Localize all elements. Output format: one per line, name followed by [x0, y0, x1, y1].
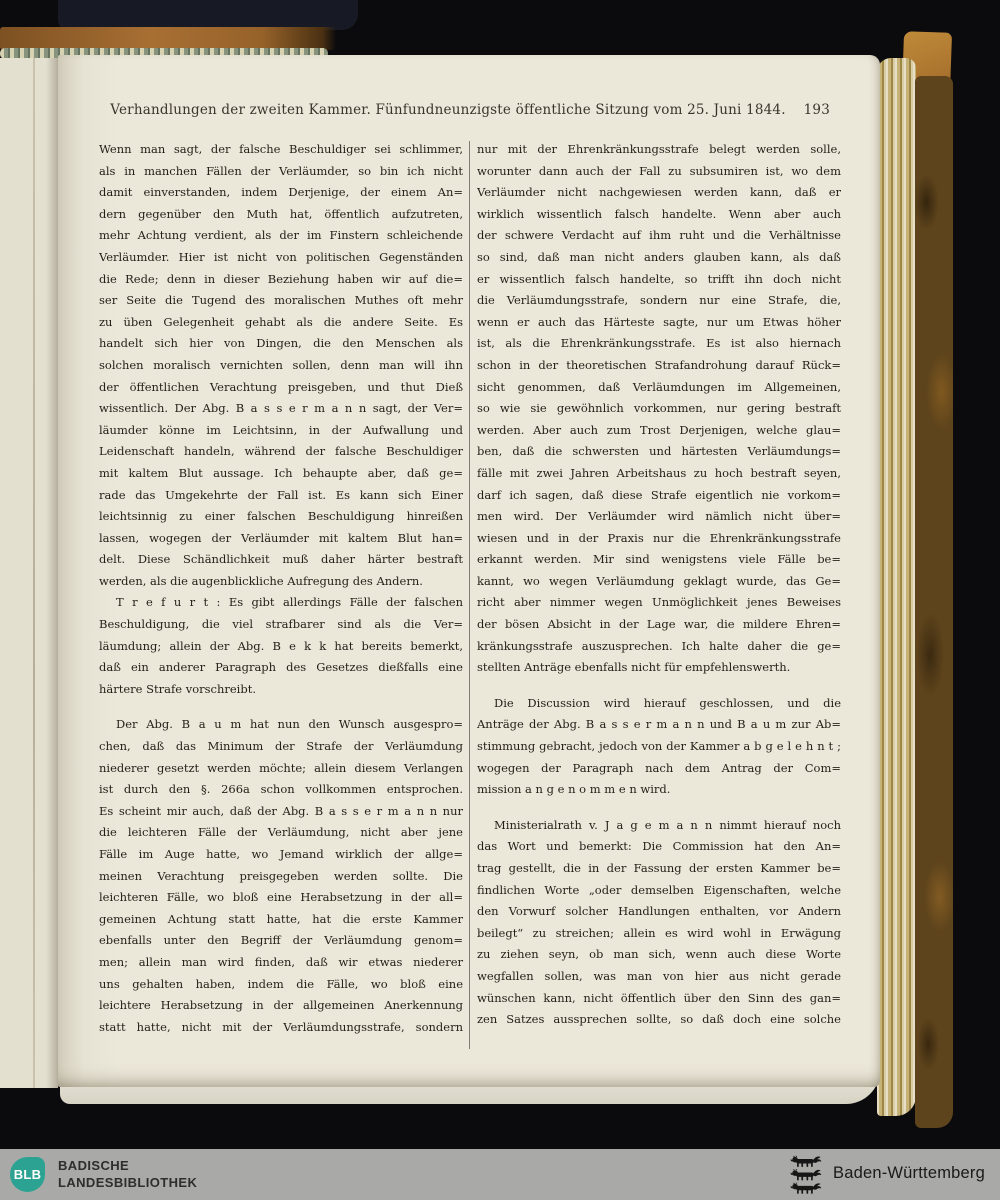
- digitized-book-viewer: Verhandlungen der zweiten Kammer. Fünfun…: [0, 0, 1000, 1200]
- text-line: schon in der theoretischen Strafandrohun…: [477, 355, 841, 377]
- text-line: delt. Diese Schändlichkeit muß daher här…: [99, 549, 463, 571]
- text-line: stimmung gebracht, jedoch von der Kammer…: [477, 736, 841, 758]
- column-divider-rule: [469, 141, 470, 1049]
- paragraph: T r e f u r t : Es gibt allerdings Fälle…: [99, 592, 463, 700]
- text-line: der bösen Absicht in der Lage war, die m…: [477, 614, 841, 636]
- text-line: damit einverstanden, indem Derjenige, de…: [99, 182, 463, 204]
- scanned-page: Verhandlungen der zweiten Kammer. Fünfun…: [58, 55, 880, 1087]
- text-line: niederer gesetzt werden möchte; allein d…: [99, 758, 463, 780]
- text-line: zen Satzes aussprechen sollte, so daß do…: [477, 1009, 841, 1031]
- text-line: erkannt werden. Mir sind wenigstens viel…: [477, 549, 841, 571]
- text-line: Verläumder. Hier ist nicht von politisch…: [99, 247, 463, 269]
- text-line: ist, als die Ehrenkränkungsstrafe. Es is…: [477, 333, 841, 355]
- text-line: das Wort und bemerkt: Die Commission hat…: [477, 836, 841, 858]
- text-line: handelt sich hier von Dingen, die den Me…: [99, 333, 463, 355]
- paragraph: Die Discussion wird hierauf geschlossen,…: [477, 693, 841, 801]
- text-line: stellten Anträge ebenfalls nicht für emp…: [477, 657, 841, 679]
- text-line: wiesen und in der Praxis nur die Ehrenkr…: [477, 528, 841, 550]
- text-line: wirklich wissentlich falsch handelte. We…: [477, 204, 841, 226]
- text-line: chen, daß das Minimum der Strafe der Ver…: [99, 736, 463, 758]
- text-line: uns gehalten haben, indem die Fälle, wo …: [99, 974, 463, 996]
- text-line: so wie sie gewöhnlich vorkommen, nur ger…: [477, 398, 841, 420]
- text-line: die Verläumdungsstrafe, sondern nur eine…: [477, 290, 841, 312]
- text-line: wenn er auch das Härteste sagte, nur um …: [477, 312, 841, 334]
- text-line: leichtsinnig zu einer falschen Beschuldi…: [99, 506, 463, 528]
- book-top-leather-edge: [0, 27, 336, 50]
- text-line: wogegen der Paragraph nach dem Antrag de…: [477, 758, 841, 780]
- text-line: beilegt“ zu streichen; allein es wird wo…: [477, 923, 841, 945]
- text-line: fälle mit zwei Jahren Arbeitshaus zu hoc…: [477, 463, 841, 485]
- region-name: Baden-Württemberg: [833, 1164, 985, 1183]
- text-line: ben, daß die schwersten und härtesten Ve…: [477, 441, 841, 463]
- text-column-right: nur mit der Ehrenkränkungsstrafe belegt …: [477, 139, 841, 1031]
- text-line: men; allein man wird finden, daß wir etw…: [99, 952, 463, 974]
- text-line: werden. Aber auch zum Trost Derjenigen, …: [477, 420, 841, 442]
- text-line: gemeinen Achtung statt hatte, hat die er…: [99, 909, 463, 931]
- book-marbled-cover-edge: [915, 76, 953, 1128]
- text-line: der öffentlichen Verachtung preisgeben, …: [99, 377, 463, 399]
- paragraph: Der Abg. B a u m hat nun den Wunsch ausg…: [99, 714, 463, 1038]
- text-line: T r e f u r t : Es gibt allerdings Fälle…: [99, 592, 463, 614]
- text-line: darf ich sagen, daß diese Strafe eigentl…: [477, 485, 841, 507]
- text-line: die Rede; denn in dieser Beziehung haben…: [99, 269, 463, 291]
- text-line: Es scheint mir auch, daß der Abg. B a s …: [99, 801, 463, 823]
- text-line: Der Abg. B a u m hat nun den Wunsch ausg…: [99, 714, 463, 736]
- page-number: 193: [804, 102, 830, 118]
- text-line: Verläumder nicht nachgewiesen werden kan…: [477, 182, 841, 204]
- text-line: den Vorwurf solcher Handlungen enthalten…: [477, 901, 841, 923]
- text-line: läumder könne im Leichtsinn, in der Aufw…: [99, 420, 463, 442]
- text-line: men wird. Der Verläumder wird nämlich ni…: [477, 506, 841, 528]
- text-line: trag gestellt, die in der Fassung der er…: [477, 858, 841, 880]
- text-line: Beschuldigung, die viel strafbarer sind …: [99, 614, 463, 636]
- text-line: zu üben Gelegenheit gehabt als die ander…: [99, 312, 463, 334]
- paragraph: Ministerialrath v. J a g e m a n n nimmt…: [477, 815, 841, 1031]
- library-name-line2: LANDESBIBLIOTHEK: [58, 1174, 197, 1191]
- text-line: als in manchen Fällen der Verläumder, so…: [99, 161, 463, 183]
- text-line: rade das Umgekehrte der Fall ist. Es kan…: [99, 485, 463, 507]
- text-line: ist durch den §. 266a schon vollkommen e…: [99, 779, 463, 801]
- text-line: leichteren Fälle, wo bloß eine Herabsetz…: [99, 887, 463, 909]
- blb-logo-icon: BLB: [10, 1157, 45, 1192]
- text-line: Fälle im Auge hatte, wo Jemand wirklich …: [99, 844, 463, 866]
- text-line: dern gegenüber den Muth hat, öffentlich …: [99, 204, 463, 226]
- library-name: BADISCHE LANDESBIBLIOTHEK: [58, 1157, 197, 1191]
- text-line: worunter dann auch der Fall zu subsumire…: [477, 161, 841, 183]
- text-line: läumdung; allein der Abg. B e k k hat be…: [99, 636, 463, 658]
- library-name-line1: BADISCHE: [58, 1157, 197, 1174]
- text-line: solchen moralisch vernichten sollen, den…: [99, 355, 463, 377]
- text-columns: Wenn man sagt, der falsche Beschuldiger …: [99, 139, 841, 1079]
- blb-logo-text: BLB: [14, 1167, 42, 1182]
- text-line: kannt, wo wegen Verläumdung geklagt wurd…: [477, 571, 841, 593]
- text-line: härtere Strafe vorschreibt.: [99, 679, 463, 701]
- library-footer-bar: BLB BADISCHE LANDESBIBLIOTHEK: [0, 1149, 1000, 1200]
- text-line: Anträge der Abg. B a s s e r m a n n und…: [477, 714, 841, 736]
- text-line: lassen, wogegen der Verläumder mit kalte…: [99, 528, 463, 550]
- text-line: er wissentlich falsch handelte, so triff…: [477, 269, 841, 291]
- text-line: wissentlich. Der Abg. B a s s e r m a n …: [99, 398, 463, 420]
- text-line: findlichen Worte „oder demselben Eigensc…: [477, 880, 841, 902]
- book-fore-edge-pages: [877, 58, 916, 1116]
- text-line: mit kaltem Blut aussage. Ich behaupte ab…: [99, 463, 463, 485]
- text-line: die leichteren Fälle der Verläumdung, ni…: [99, 822, 463, 844]
- running-header-title: Verhandlungen der zweiten Kammer. Fünfun…: [100, 102, 796, 118]
- running-header: Verhandlungen der zweiten Kammer. Fünfun…: [100, 102, 840, 122]
- text-line: Wenn man sagt, der falsche Beschuldiger …: [99, 139, 463, 161]
- text-line: Ministerialrath v. J a g e m a n n nimmt…: [477, 815, 841, 837]
- text-line: statt hatte, nicht mit der Verläumdungss…: [99, 1017, 463, 1039]
- paragraph: Wenn man sagt, der falsche Beschuldiger …: [99, 139, 463, 592]
- text-line: Die Discussion wird hierauf geschlossen,…: [477, 693, 841, 715]
- facing-page-gutter: [0, 58, 58, 1088]
- text-line: meinen Verachtung preisgegeben werden so…: [99, 866, 463, 888]
- book-spine-cloth: [58, 0, 358, 30]
- text-line: mission a n g e n o m m e n wird.: [477, 779, 841, 801]
- text-line: sicht genommen, daß Verläumdungen im All…: [477, 377, 841, 399]
- text-line: nur mit der Ehrenkränkungsstrafe belegt …: [477, 139, 841, 161]
- text-line: ebenfalls unter den Begriff der Verläumd…: [99, 930, 463, 952]
- text-line: der schwere Verdacht auf ihm ruht und di…: [477, 225, 841, 247]
- text-line: leichtere Herabsetzung in der allgemeine…: [99, 995, 463, 1017]
- text-line: werden, als die augenblickliche Aufregun…: [99, 571, 463, 593]
- text-line: so sind, daß man nicht anders glauben ka…: [477, 247, 841, 269]
- paragraph: nur mit der Ehrenkränkungsstrafe belegt …: [477, 139, 841, 679]
- text-line: ser Seite die Tugend des moralischen Mut…: [99, 290, 463, 312]
- text-line: mehr Achtung verdient, als der im Finste…: [99, 225, 463, 247]
- text-line: richt aber nimmer wegen Unmöglichkeit je…: [477, 592, 841, 614]
- text-line: kränkungsstrafe auszusprechen. Ich halte…: [477, 636, 841, 658]
- baden-wuerttemberg-coat-of-arms-icon: [790, 1154, 824, 1196]
- text-line: Leidenschaft handeln, während der falsch…: [99, 441, 463, 463]
- text-line: daß ein anderer Paragraph des Gesetzes d…: [99, 657, 463, 679]
- text-line: zu ziehen seyn, ob man sich, wenn auch d…: [477, 944, 841, 966]
- text-line: wegfallen sollen, was man von hier aus n…: [477, 966, 841, 988]
- text-column-left: Wenn man sagt, der falsche Beschuldiger …: [99, 139, 463, 1038]
- text-line: wünschen kann, nicht öffentlich über den…: [477, 988, 841, 1010]
